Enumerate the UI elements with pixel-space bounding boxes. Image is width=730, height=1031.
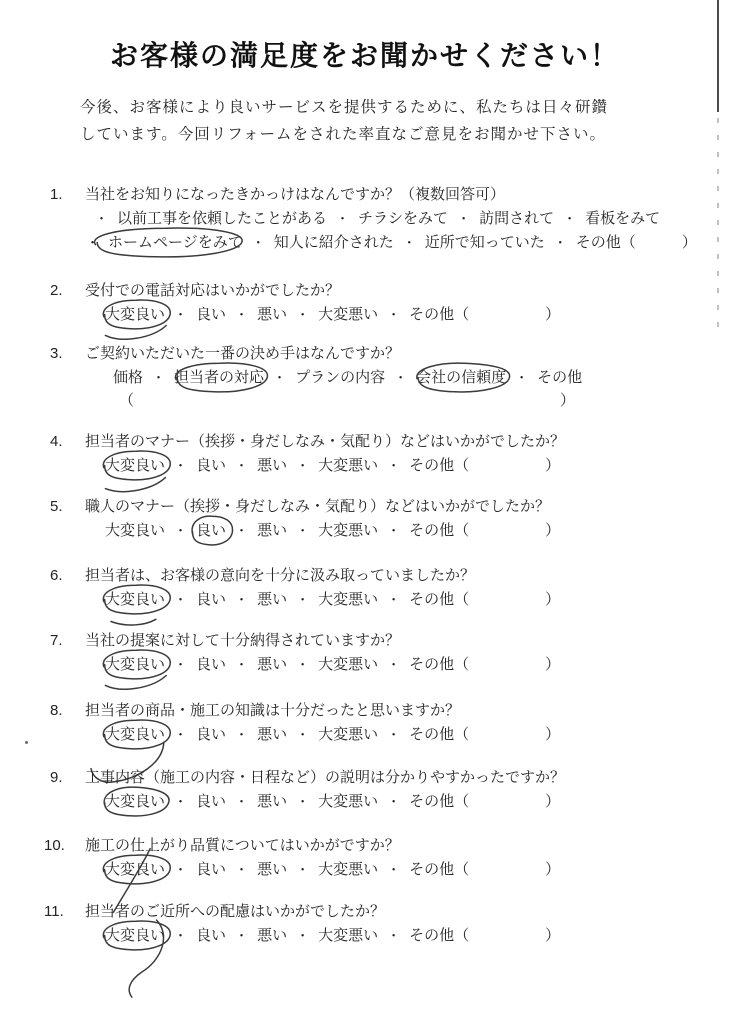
q3-options-row: 価格 ・ 担当者の対応 ・ プランの内容 ・ 会社の信頼度 ・ その他 [113, 368, 582, 388]
bullet-icon: ・ [152, 368, 165, 388]
bullet-icon: ・ [387, 725, 400, 745]
bullet-icon: ・ [403, 233, 416, 253]
bullet-icon: ・ [235, 590, 248, 610]
close-paren: ） [545, 725, 560, 745]
scan-edge-line [717, 0, 719, 112]
bullet-icon: ・ [296, 860, 309, 880]
q6-text: 担当者は、お客様の意向を十分に汲み取っていましたか？ [85, 566, 475, 586]
q4-option-very-bad: 大変悪い [318, 456, 378, 476]
intro-line-2: しています。今回リフォームをされた率直なご意見をお聞かせ下さい。 [80, 125, 606, 145]
q1-option-neighborhood: 近所で知っていた [425, 233, 545, 253]
q4-number: 4. [50, 432, 63, 452]
q9-option-bad: 悪い [257, 792, 287, 812]
q3-text: ご契約いただいた一番の決め手はなんですか？ [85, 344, 400, 364]
q6-option-good: 良い [196, 590, 226, 610]
bullet-icon: ・ [394, 368, 407, 388]
q11-number: 11. [44, 902, 64, 922]
q10-option-very-good-circled: 大変良い [105, 860, 165, 880]
q4-option-bad: 悪い [257, 456, 287, 476]
other-blank-space [478, 466, 536, 467]
q8-option-very-good: 大変良い [105, 725, 165, 745]
close-paren: ） [545, 926, 560, 946]
bullet-icon: ・ [235, 725, 248, 745]
bullet-icon: ・ [563, 209, 576, 229]
q7-option-very-bad: 大変悪い [318, 655, 378, 675]
bullet-icon: ・ [387, 456, 400, 476]
q11-option-good: 良い [196, 926, 226, 946]
q2-number: 2. [50, 281, 63, 301]
q3-option-staff-response-circled: 担当者の対応 [174, 368, 264, 388]
q1-options-row-2: ・ ホームページをみて ・ 知人に紹介された ・ 近所で知っていた ・ その他（… [86, 233, 697, 253]
q10-text: 施工の仕上がり品質についてはいかがですか？ [85, 836, 400, 856]
q3-option-staff-response: 担当者の対応 [174, 368, 264, 388]
q2-option-very-good: 大変良い [105, 305, 165, 325]
q8-text: 担当者の商品・施工の知識は十分だったと思いますか？ [85, 701, 460, 721]
q10-option-very-bad: 大変悪い [318, 860, 378, 880]
q11-text: 担当者のご近所への配慮はいかがでしたか？ [85, 902, 385, 922]
bullet-icon: ・ [235, 456, 248, 476]
bullet-icon: ・ [387, 792, 400, 812]
q1-option-homepage: ホームページをみて [108, 233, 243, 253]
q2-option-good: 良い [196, 305, 226, 325]
other-blank-space [478, 802, 536, 803]
bullet-icon: ・ [387, 590, 400, 610]
q7-option-other: その他（ [409, 655, 469, 675]
q6-option-bad: 悪い [257, 590, 287, 610]
bullet-icon: ・ [174, 792, 187, 812]
q2-option-other: その他（ [409, 305, 469, 325]
bullet-icon: ・ [174, 521, 187, 541]
bullet-icon: ・ [296, 655, 309, 675]
q3-option-company-trust: 会社の信頼度 [416, 368, 506, 388]
q5-options-row: 大変良い ・ 良い ・ 悪い ・ 大変悪い ・ その他（ ） [105, 521, 560, 541]
q11-option-very-bad: 大変悪い [318, 926, 378, 946]
q9-options-row: 大変良い ・ 良い ・ 悪い ・ 大変悪い ・ その他（ ） [105, 792, 560, 812]
q10-option-good: 良い [196, 860, 226, 880]
q1-option-visited: 訪問されて [479, 209, 554, 229]
q1-number: 1. [50, 185, 63, 205]
q8-option-very-bad: 大変悪い [318, 725, 378, 745]
bullet-icon: ・ [387, 521, 400, 541]
q11-option-other: その他（ [409, 926, 469, 946]
q9-option-good: 良い [196, 792, 226, 812]
bullet-icon: ・ [515, 368, 528, 388]
q7-option-good: 良い [196, 655, 226, 675]
other-blank-space [478, 936, 536, 937]
bullet-icon: ・ [273, 368, 286, 388]
bullet-icon: ・ [174, 860, 187, 880]
q7-option-bad: 悪い [257, 655, 287, 675]
other-blank-space [478, 870, 536, 871]
q6-option-very-good: 大変良い [105, 590, 165, 610]
q6-options-row: 大変良い ・ 良い ・ 悪い ・ 大変悪い ・ その他（ ） [105, 590, 560, 610]
q9-option-very-bad: 大変悪い [318, 792, 378, 812]
q9-option-very-good-circled: 大変良い [105, 792, 165, 812]
q10-option-bad: 悪い [257, 860, 287, 880]
q2-option-very-bad: 大変悪い [318, 305, 378, 325]
q9-option-very-good: 大変良い [105, 792, 165, 812]
q11-options-row: 大変良い ・ 良い ・ 悪い ・ 大変悪い ・ その他（ ） [105, 926, 560, 946]
other-blank-space [645, 243, 673, 244]
q5-option-very-good: 大変良い [105, 521, 165, 541]
q1-option-other: その他（ [576, 233, 636, 253]
bullet-icon: ・ [296, 926, 309, 946]
q2-option-very-good-circled: 大変良い [105, 305, 165, 325]
close-paren: ） [682, 233, 697, 253]
q1-option-previous-work: 以前工事を依頼したことがある [117, 209, 327, 229]
bullet-icon: ・ [296, 521, 309, 541]
bullet-icon: ・ [554, 233, 567, 253]
bullet-icon: ・ [174, 305, 187, 325]
intro-line-1: 今後、お客様により良いサービスを提供するために、私たちは日々研鑽 [80, 98, 608, 118]
bullet-icon: ・ [86, 233, 99, 253]
scan-edge-line-dashes [717, 118, 719, 333]
q3-option-plan-content: プランの内容 [295, 368, 385, 388]
q4-option-other: その他（ [409, 456, 469, 476]
q1-options-row-1: ・ 以前工事を依頼したことがある ・ チラシをみて ・ 訪問されて ・ 看板をみ… [95, 209, 660, 229]
bullet-icon: ・ [457, 209, 470, 229]
q7-option-very-good-circled: 大変良い [105, 655, 165, 675]
q5-option-good: 良い [196, 521, 226, 541]
q2-option-bad: 悪い [257, 305, 287, 325]
page-title: お客様の満足度をお聞かせください！ [0, 34, 730, 74]
q1-option-referral: 知人に紹介された [274, 233, 394, 253]
q10-option-other: その他（ [409, 860, 469, 880]
q3-close-paren: ） [560, 391, 575, 411]
q7-number: 7. [50, 631, 63, 651]
q8-options-row: 大変良い ・ 良い ・ 悪い ・ 大変悪い ・ その他（ ） [105, 725, 560, 745]
bullet-icon: ・ [235, 521, 248, 541]
q2-options-row: 大変良い ・ 良い ・ 悪い ・ 大変悪い ・ その他（ ） [105, 305, 560, 325]
q6-option-very-bad: 大変悪い [318, 590, 378, 610]
bullet-icon: ・ [95, 209, 108, 229]
q7-options-row: 大変良い ・ 良い ・ 悪い ・ 大変悪い ・ その他（ ） [105, 655, 560, 675]
q5-text: 職人のマナー（挨拶・身だしなみ・気配り）などはいかがでしたか？ [85, 497, 550, 517]
q1-option-flyer: チラシをみて [358, 209, 448, 229]
q5-option-other: その他（ [409, 521, 469, 541]
q11-option-very-good-circled: 大変良い [105, 926, 165, 946]
bullet-icon: ・ [296, 590, 309, 610]
bullet-icon: ・ [235, 860, 248, 880]
q6-option-other: その他（ [409, 590, 469, 610]
q5-option-bad: 悪い [257, 521, 287, 541]
close-paren: ） [545, 590, 560, 610]
close-paren: ） [545, 521, 560, 541]
other-blank-space [478, 735, 536, 736]
q6-number: 6. [50, 566, 63, 586]
q3-number: 3. [50, 344, 63, 364]
close-paren: ） [545, 860, 560, 880]
bullet-icon: ・ [235, 792, 248, 812]
bullet-icon: ・ [174, 456, 187, 476]
scan-artifact-dot [25, 741, 28, 744]
q2-text: 受付での電話対応はいかがでしたか？ [85, 281, 340, 301]
other-blank-space [478, 315, 536, 316]
q11-option-very-good: 大変良い [105, 926, 165, 946]
q8-option-other: その他（ [409, 725, 469, 745]
bullet-icon: ・ [296, 456, 309, 476]
q9-option-other: その他（ [409, 792, 469, 812]
q8-option-bad: 悪い [257, 725, 287, 745]
bullet-icon: ・ [252, 233, 265, 253]
q3-option-other: その他 [537, 368, 582, 388]
q10-option-very-good: 大変良い [105, 860, 165, 880]
other-blank-space [478, 665, 536, 666]
q4-option-very-good-circled: 大変良い [105, 456, 165, 476]
q1-option-homepage-circled: ・ ホームページをみて [86, 233, 243, 253]
q8-option-very-good-circled: 大変良い [105, 725, 165, 745]
q7-text: 当社の提案に対して十分納得されていますか？ [85, 631, 400, 651]
bullet-icon: ・ [336, 209, 349, 229]
scanned-survey-page: お客様の満足度をお聞かせください！ 今後、お客様により良いサービスを提供するため… [0, 0, 730, 1031]
bullet-icon: ・ [174, 590, 187, 610]
bullet-icon: ・ [174, 655, 187, 675]
q1-text: 当社をお知りになったきかっけはなんですか？（複数回答可） [85, 185, 505, 205]
q11-option-bad: 悪い [257, 926, 287, 946]
q5-option-good-circled: 良い [196, 521, 226, 541]
bullet-icon: ・ [296, 792, 309, 812]
bullet-icon: ・ [174, 725, 187, 745]
q4-options-row: 大変良い ・ 良い ・ 悪い ・ 大変悪い ・ その他（ ） [105, 456, 560, 476]
q4-option-very-good: 大変良い [105, 456, 165, 476]
bullet-icon: ・ [296, 725, 309, 745]
bullet-icon: ・ [387, 860, 400, 880]
close-paren: ） [545, 305, 560, 325]
q3-option-price: 価格 [113, 368, 143, 388]
close-paren: ） [545, 655, 560, 675]
bullet-icon: ・ [296, 305, 309, 325]
close-paren: ） [545, 792, 560, 812]
q8-number: 8. [50, 701, 63, 721]
close-paren: ） [545, 456, 560, 476]
q4-text: 担当者のマナー（挨拶・身だしなみ・気配り）などはいかがでしたか？ [85, 432, 565, 452]
bullet-icon: ・ [387, 655, 400, 675]
q9-number: 9. [50, 768, 63, 788]
bullet-icon: ・ [235, 926, 248, 946]
other-blank-space [478, 600, 536, 601]
q9-text: 工事内容（施工の内容・日程など）の説明は分かりやすかったですか？ [85, 768, 565, 788]
q10-number: 10. [44, 836, 65, 856]
bullet-icon: ・ [235, 305, 248, 325]
bullet-icon: ・ [235, 655, 248, 675]
bullet-icon: ・ [174, 926, 187, 946]
other-blank-space [478, 531, 536, 532]
q4-option-good: 良い [196, 456, 226, 476]
q6-option-very-good-circled: 大変良い [105, 590, 165, 610]
q3-option-company-trust-circled: 会社の信頼度 [416, 368, 506, 388]
q5-number: 5. [50, 497, 63, 517]
q10-options-row: 大変良い ・ 良い ・ 悪い ・ 大変悪い ・ その他（ ） [105, 860, 560, 880]
q8-option-good: 良い [196, 725, 226, 745]
bullet-icon: ・ [387, 926, 400, 946]
bullet-icon: ・ [387, 305, 400, 325]
q5-option-very-bad: 大変悪い [318, 521, 378, 541]
q7-option-very-good: 大変良い [105, 655, 165, 675]
q1-option-signboard: 看板をみて [585, 209, 660, 229]
q3-open-paren: （ [119, 391, 134, 411]
